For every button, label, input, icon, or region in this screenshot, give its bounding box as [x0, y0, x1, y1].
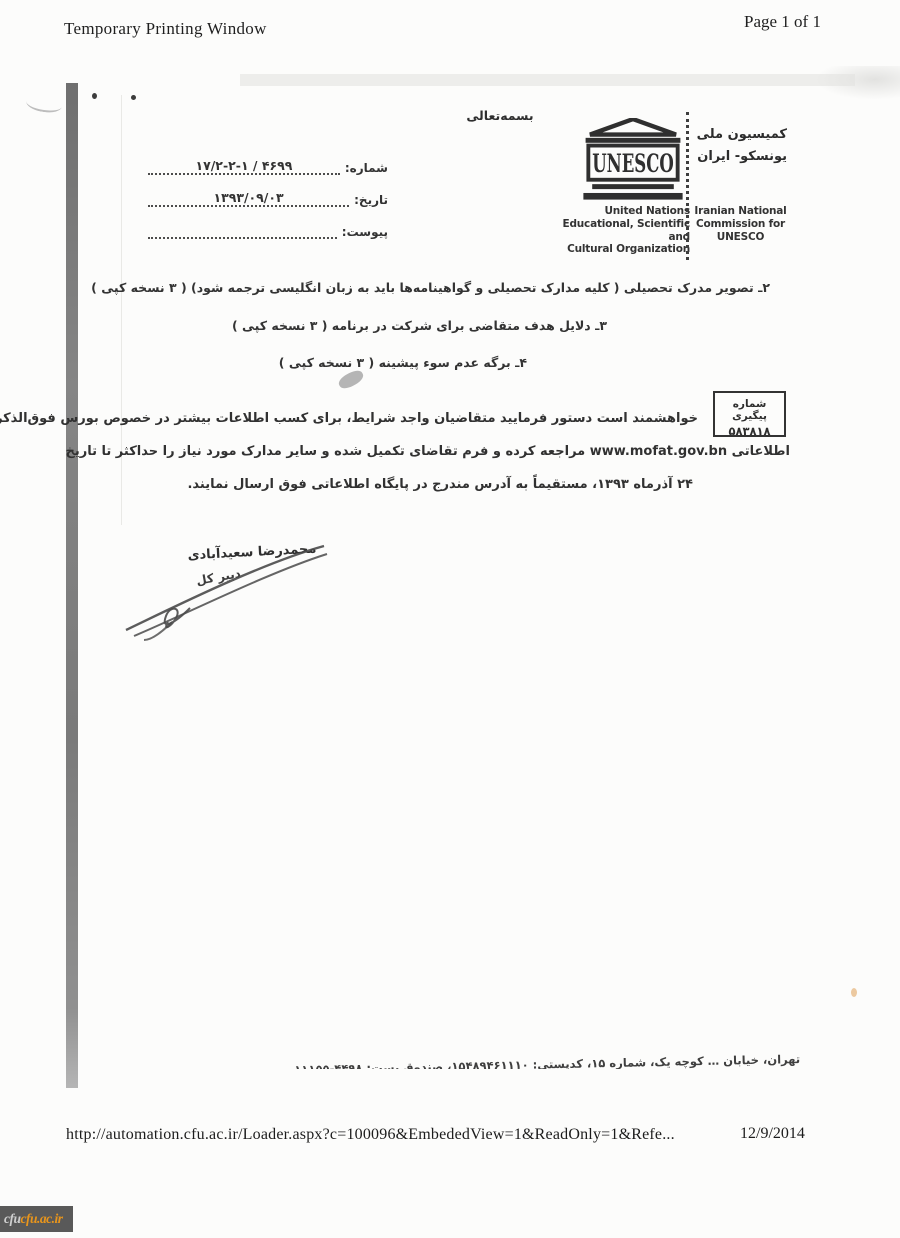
- number-dotted-line: ۱۷/۲-۲-۱ / ۴۶۹۹: [148, 158, 340, 175]
- page-indicator: Page 1 of 1: [744, 12, 821, 32]
- scan-footer-clip: تهران، خیابان … کوچه یک، شماره ۱۵، کدپست…: [95, 1052, 800, 1069]
- print-window-title: Temporary Printing Window: [64, 19, 267, 39]
- paragraph-line: ۲۴ آذرماه ۱۳۹۳، مستقیماً به آدرس مندرج د…: [108, 468, 693, 501]
- svg-text:UNESCO: UNESCO: [592, 148, 674, 178]
- handwritten-signature: [112, 538, 342, 643]
- org-line: Cultural Organization: [560, 243, 690, 256]
- commission-en-line: Iranian National: [694, 205, 787, 218]
- commission-fa-line: کمیسیون ملی: [694, 124, 787, 146]
- printed-url: http://automation.cfu.ac.ir/Loader.aspx?…: [66, 1126, 675, 1144]
- basmala-text: بسمه‌تعالی: [452, 108, 548, 123]
- scan-corner-smudge: [815, 66, 900, 100]
- date-dotted-line: ۱۳۹۳/۰۹/۰۳: [148, 190, 349, 207]
- attachment-label: پیوست:: [342, 225, 388, 239]
- scan-binding-strip: [66, 83, 78, 1088]
- date-value: ۱۳۹۳/۰۹/۰۳: [213, 190, 283, 205]
- field-row-attachment: پیوست:: [148, 224, 388, 239]
- attachment-dotted-line: [148, 224, 337, 239]
- pen-mark: [25, 93, 63, 114]
- scan-edge-band: [240, 74, 855, 86]
- printed-date: 12/9/2014: [740, 1125, 805, 1143]
- ink-smudge: [336, 368, 365, 392]
- unesco-logo-icon: UNESCO: [577, 118, 689, 204]
- badge-prefix: cfu: [4, 1211, 21, 1227]
- org-line: Educational, Scientific and: [560, 218, 690, 244]
- cfu-watermark-badge: cfucfu.ac.ir: [0, 1206, 73, 1232]
- unesco-org-name: United Nations Educational, Scientific a…: [560, 205, 690, 256]
- contact-info-line: تهران، خیابان … کوچه یک، شماره ۱۵، کدپست…: [95, 1052, 800, 1069]
- commission-name-fa: کمیسیون ملی یونسکو- ایران: [694, 124, 787, 168]
- scan-speck: [131, 95, 136, 100]
- commission-en-line: UNESCO: [694, 231, 787, 244]
- field-row-date: تاریخ: ۱۳۹۳/۰۹/۰۳: [148, 190, 388, 207]
- commission-name-en: Iranian National Commission for UNESCO: [694, 205, 787, 243]
- org-line: United Nations: [560, 205, 690, 218]
- commission-fa-line: یونسکو- ایران: [694, 146, 787, 168]
- date-label: تاریخ:: [354, 193, 388, 207]
- badge-domain: cfu.ac.ir: [21, 1211, 63, 1227]
- scan-speck: [92, 93, 97, 99]
- paragraph-line: اطلاعاتی www.mofat.gov.bn مراجعه کرده و …: [108, 435, 790, 468]
- dotted-divider: [686, 112, 689, 260]
- letter-paragraph: خواهشمند است دستور فرمایید متقاضیان واجد…: [108, 402, 790, 501]
- requirement-item-3: ۳ـ دلایل هدف متقاضی برای شرکت در برنامه …: [160, 318, 607, 333]
- commission-en-line: Commission for: [694, 218, 787, 231]
- field-row-number: شماره: ۱۷/۲-۲-۱ / ۴۶۹۹: [148, 158, 388, 175]
- scan-speck: [851, 988, 857, 997]
- requirement-item-4: ۴ـ برگه عدم سوء پیشینه ( ۳ نسخه کپی ): [160, 355, 527, 370]
- number-value: ۱۷/۲-۲-۱ / ۴۶۹۹: [195, 158, 292, 173]
- paragraph-line: خواهشمند است دستور فرمایید متقاضیان واجد…: [108, 402, 698, 435]
- requirement-item-2: ۲ـ تصویر مدرک تحصیلی ( کلیه مدارک تحصیلی…: [160, 280, 770, 295]
- number-label: شماره:: [345, 161, 388, 175]
